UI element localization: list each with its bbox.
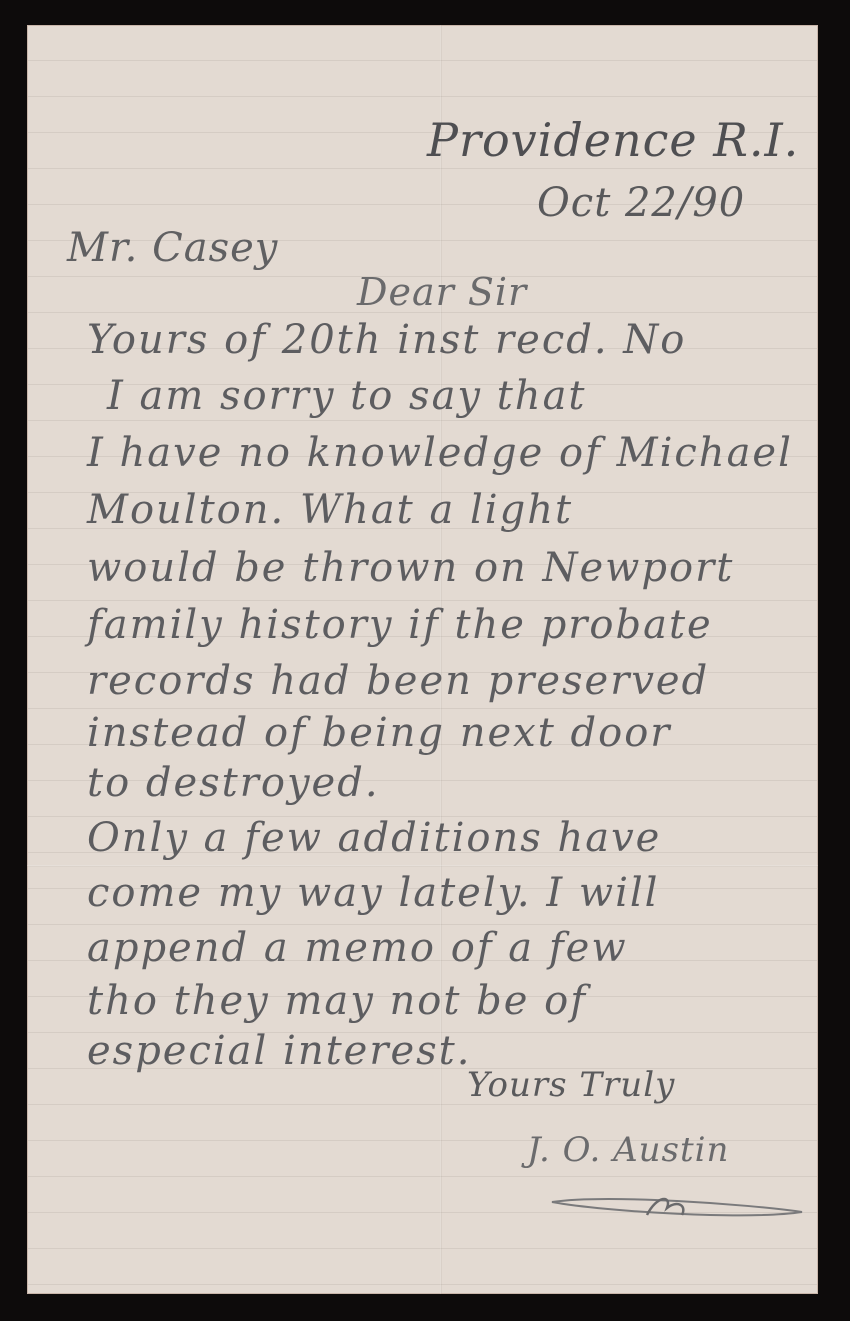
- body-line: I am sorry to say that: [107, 373, 587, 419]
- closing: Yours Truly: [467, 1065, 675, 1105]
- body-line: Yours of 20th inst recd. No: [87, 317, 686, 363]
- signature: J. O. Austin: [527, 1130, 729, 1170]
- body-line: Moulton. What a light: [87, 487, 573, 533]
- body-line: records had been preserved: [87, 658, 709, 704]
- body-line: especial interest.: [87, 1028, 471, 1074]
- body-line: family history if the probate: [87, 602, 713, 648]
- letter-page: Providence R.I. Oct 22/90 Mr. Casey Dear…: [27, 25, 818, 1294]
- body-line: instead of being next door: [87, 710, 671, 756]
- recipient-name: Mr. Casey: [67, 225, 278, 271]
- greeting: Dear Sir: [357, 270, 527, 314]
- body-line: would be thrown on Newport: [87, 545, 734, 591]
- horizontal-fold-line: [27, 865, 818, 867]
- body-line: Only a few additions have: [87, 815, 661, 861]
- body-line: to destroyed.: [87, 760, 380, 806]
- signature-flourish-icon: [547, 1190, 807, 1220]
- letter-date: Oct 22/90: [537, 180, 745, 226]
- body-line: tho they may not be of: [87, 978, 587, 1024]
- body-line: come my way lately. I will: [87, 870, 659, 916]
- body-line: append a memo of a few: [87, 925, 628, 971]
- body-line: I have no knowledge of Michael: [87, 430, 793, 476]
- letter-place: Providence R.I.: [427, 113, 799, 167]
